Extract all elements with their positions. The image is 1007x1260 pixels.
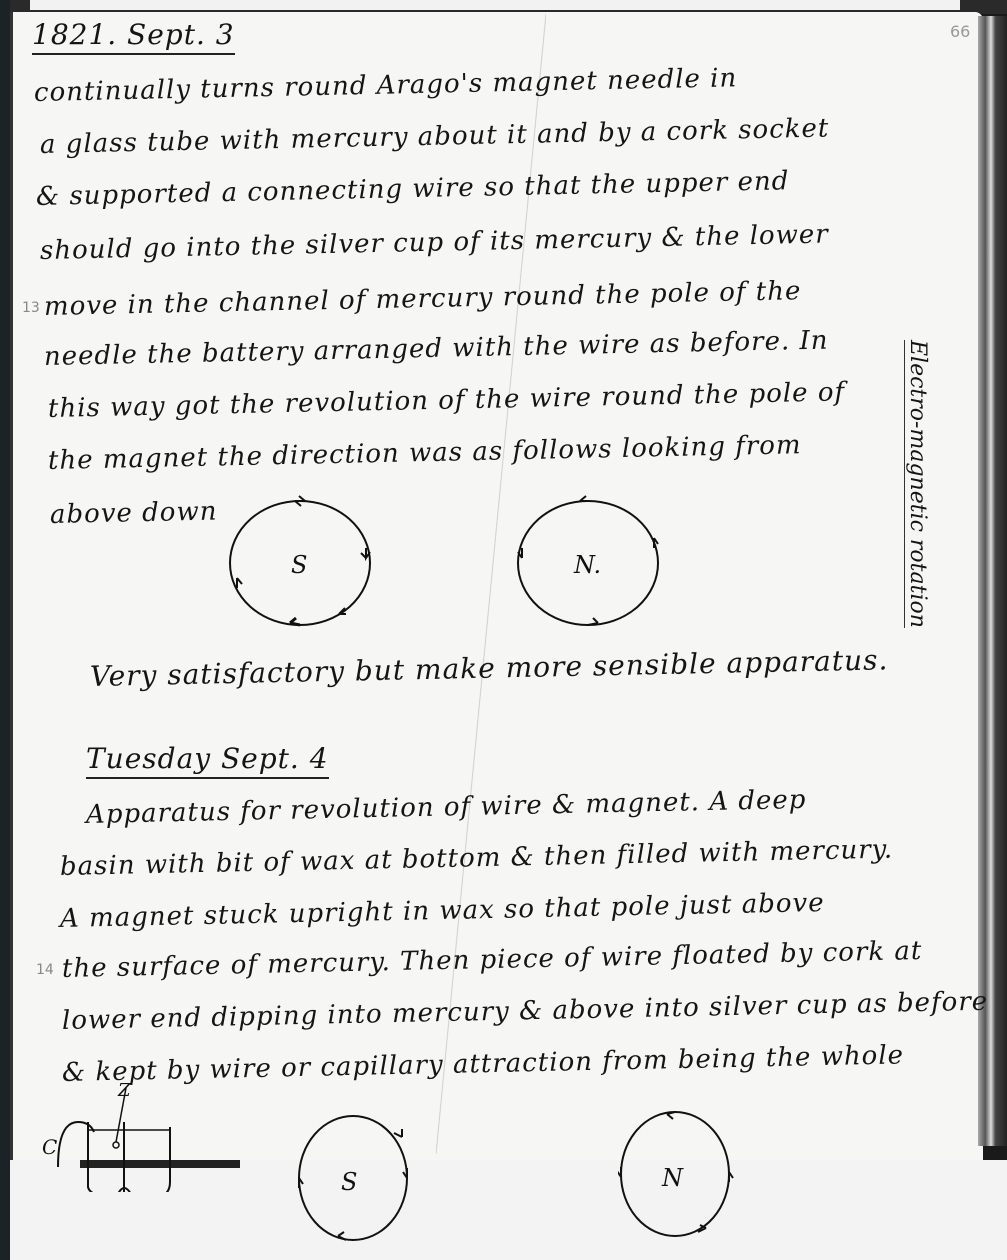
margin-number-13: 13 [22,300,40,316]
svg-text:N: N [661,1164,684,1192]
rotation-diagram-south: S [225,488,385,638]
entry-2-date: Tuesday Sept. 4 [86,742,329,779]
book-spine-edge [978,16,1007,1146]
sketch-label-z: Z [117,1082,131,1101]
svg-text:S: S [291,551,307,579]
entry-1-line-9: above down [50,496,218,529]
arrow-icon [295,496,305,506]
entry-1-date: 1821. Sept. 3 [32,18,235,55]
rotation-diagram-north-2: N [618,1102,738,1242]
svg-text:S: S [341,1168,357,1196]
rotation-diagram-north: N. [508,488,668,638]
page-number: 66 [950,22,970,41]
margin-number-14: 14 [36,962,54,978]
margin-side-note: Electro-magnetic rotation [904,340,930,628]
sketch-label-c: C [42,1135,57,1159]
scan-left-edge [0,0,10,1260]
apparatus-sketch: C Z [38,1082,188,1192]
rotation-diagram-south-2: S [296,1108,416,1248]
svg-text:N.: N. [573,551,601,579]
